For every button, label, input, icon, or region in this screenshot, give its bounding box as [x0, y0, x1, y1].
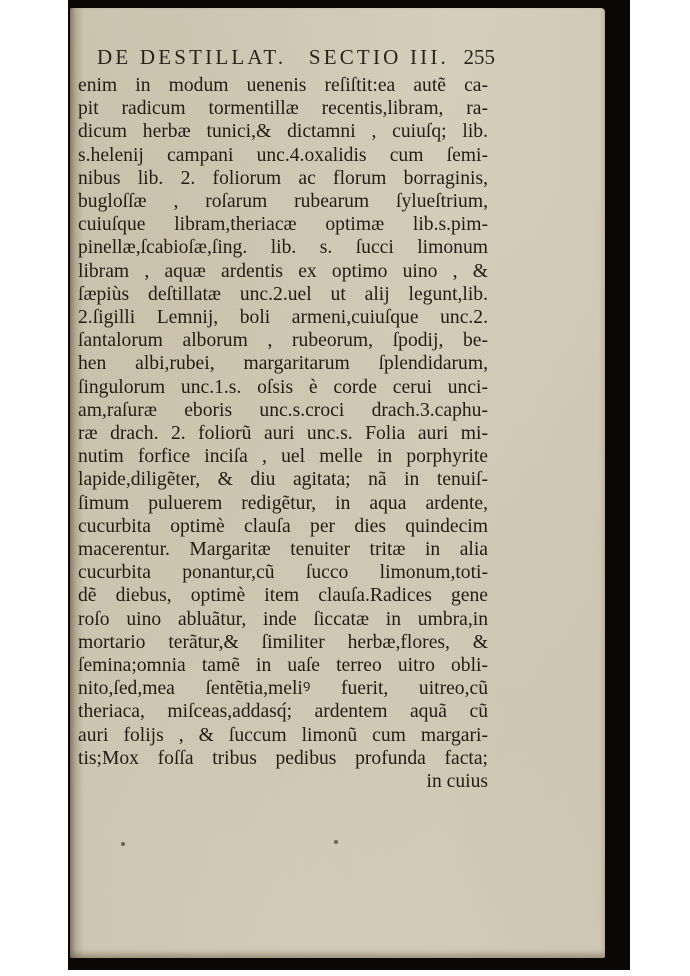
text-line: ſingulorum unc.1.s. oſsis è corde cerui …	[78, 376, 488, 399]
text-line: auri folijs , & ſuccum limonũ cum margar…	[78, 724, 488, 747]
running-head-section: SECTIO III.	[309, 45, 449, 69]
text-line: ſantalorum alborum , rubeorum, ſpodij, b…	[78, 329, 488, 352]
text-line: ræ drach. 2. foliorũ auri unc.s. Folia a…	[78, 422, 488, 445]
text-line: dẽ diebus, optimè item clauſa.Radices ge…	[78, 584, 488, 607]
text-line: cucurbita ponantur,cũ ſucco limonum,toti…	[78, 561, 488, 584]
text-line: bugloſſæ , roſarum rubearum ſylueſtrium,	[78, 190, 488, 213]
text-line: nutim forfice inciſa , uel melle in porp…	[78, 445, 488, 468]
running-head: DE DESTILLAT. SECTIO III. 255	[97, 45, 487, 70]
text-line: macerentur. Margaritæ tenuiter tritæ in …	[78, 538, 488, 561]
text-line: 2.ſigilli Lemnij, boli armeni,cuiuſque u…	[78, 306, 488, 329]
text-line: roſo uino abluãtur, inde ſiccatæ in umbr…	[78, 608, 488, 631]
text-line: mortario terãtur,& ſimiliter herbæ,flore…	[78, 631, 488, 654]
text-line: nibus lib. 2. foliorum ac florum borragi…	[78, 167, 488, 190]
paper-speck	[334, 840, 338, 844]
text-line: s.helenij campani unc.4.oxalidis cum ſem…	[78, 144, 488, 167]
paper-speck	[121, 842, 125, 846]
text-line: theriaca, miſceas,addasq́; ardentem aquã…	[78, 700, 488, 723]
text-line: lapide,diligẽter, & diu agitata; nã in t…	[78, 468, 488, 491]
text-line: libram , aquæ ardentis ex optimo uino , …	[78, 260, 488, 283]
text-line: ſimum puluerem redigẽtur, in aqua ardent…	[78, 492, 488, 515]
text-line: am,raſuræ eboris unc.s.croci drach.3.cap…	[78, 399, 488, 422]
text-line: ſæpiùs deſtillatæ unc.2.uel ut alij legu…	[78, 283, 488, 306]
text-line: pit radicum tormentillæ recentis,libram,…	[78, 97, 488, 120]
text-line: dicum herbæ tunici,& dictamni , cuiuſq; …	[78, 120, 488, 143]
text-line: ſemina;omnia tamẽ in uaſe terreo uitro o…	[78, 654, 488, 677]
catchword: in cuius	[78, 770, 488, 793]
text-line: nito,ſed,mea ſentẽtia,meliꝰ fuerit, uitr…	[78, 677, 488, 700]
text-line: cuiuſque libram,theriacæ optimæ lib.s.pi…	[78, 213, 488, 236]
running-head-title: DE DESTILLAT.	[97, 45, 286, 69]
text-line: pinellæ,ſcabioſæ,ſing. lib. s. ſucci lim…	[78, 236, 488, 259]
page-number: 255	[463, 45, 495, 69]
text-line: enim in modum uenenis reſiſtit:ea autẽ c…	[78, 74, 488, 97]
body-text: enim in modum uenenis reſiſtit:ea autẽ c…	[78, 74, 488, 793]
text-line: tis;Mox foſſa tribus pedibus profunda fa…	[78, 747, 488, 770]
text-line: hen albi,rubei, margaritarum ſplendidaru…	[78, 352, 488, 375]
text-line: cucurbita optimè clauſa per dies quindec…	[78, 515, 488, 538]
